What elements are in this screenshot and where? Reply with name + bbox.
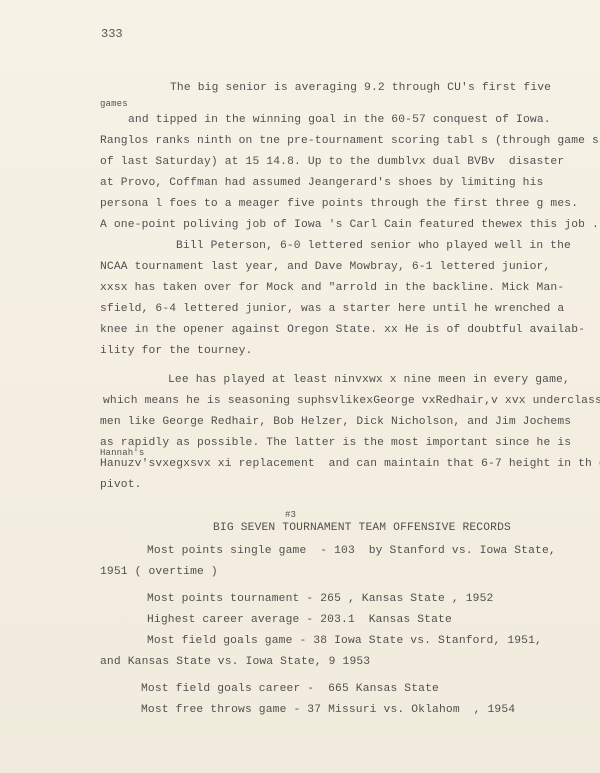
record-entry-6: Most free throws game - 37 Missuri vs. O…	[141, 704, 515, 716]
paragraph-3-line: as rapidly as possible. The latter is th…	[100, 437, 571, 449]
record-entry-3: Highest career average - 203.1 Kansas St…	[147, 614, 452, 626]
paragraph-1-line: of last Saturday) at 15 14.8. Up to the …	[100, 156, 564, 168]
paragraph-1-line: The big senior is averaging 9.2 through …	[170, 82, 551, 94]
record-entry-4: Most field goals game - 38 Iowa State vs…	[147, 635, 542, 647]
paragraph-1-line: games	[100, 99, 128, 109]
paragraph-2-line: Bill Peterson, 6-0 lettered senior who p…	[176, 240, 571, 252]
record-entry-4: and Kansas State vs. Iowa State, 9 1953	[100, 656, 370, 668]
paragraph-1-line: and tipped in the winning goal in the 60…	[128, 114, 551, 126]
page-number: 333	[101, 27, 123, 41]
paragraph-3-line: Hanuzv'svxegxsvx xi replacement and can …	[100, 458, 600, 470]
paragraph-1-line: Ranglos ranks ninth on tne pre-tournamen…	[100, 135, 599, 147]
paragraph-3-line: men like George Redhair, Bob Helzer, Dic…	[100, 416, 571, 428]
typewritten-page: 333 The big senior is averaging 9.2 thro…	[0, 0, 600, 773]
paragraph-3-line: pivot.	[100, 479, 142, 491]
paragraph-1-line: A one-point poliving job of Iowa 's Carl…	[100, 219, 599, 231]
paragraph-3-line: Lee has played at least ninvxwx x nine m…	[168, 374, 570, 386]
paragraph-2-line: ility for the tourney.	[100, 345, 252, 357]
paragraph-2-line: sfield, 6-4 lettered junior, was a start…	[100, 303, 564, 315]
record-entry-2: Most points tournament - 265 , Kansas St…	[147, 593, 493, 605]
record-entry-5: Most field goals career - 665 Kansas Sta…	[141, 683, 439, 695]
paragraph-3-line: which means he is seasoning suphsvlikexG…	[103, 395, 600, 407]
record-entry-1: Most points single game - 103 by Stanfor…	[147, 545, 556, 557]
records-title: BIG SEVEN TOURNAMENT TEAM OFFENSIVE RECO…	[213, 522, 511, 534]
paragraph-3-line: Hannah's	[100, 448, 144, 458]
paragraph-2-line: knee in the opener against Oregon State.…	[100, 324, 585, 336]
paragraph-1-line: persona l foes to a meager five points t…	[100, 198, 578, 210]
insert-mark: #3	[285, 510, 296, 520]
paragraph-2-line: xxsx has taken over for Mock and "arrold…	[100, 282, 564, 294]
record-entry-1: 1951 ( overtime )	[100, 566, 218, 578]
paragraph-2-line: NCAA tournament last year, and Dave Mowb…	[100, 261, 550, 273]
paragraph-1-line: at Provo, Coffman had assumed Jeangerard…	[100, 177, 543, 189]
